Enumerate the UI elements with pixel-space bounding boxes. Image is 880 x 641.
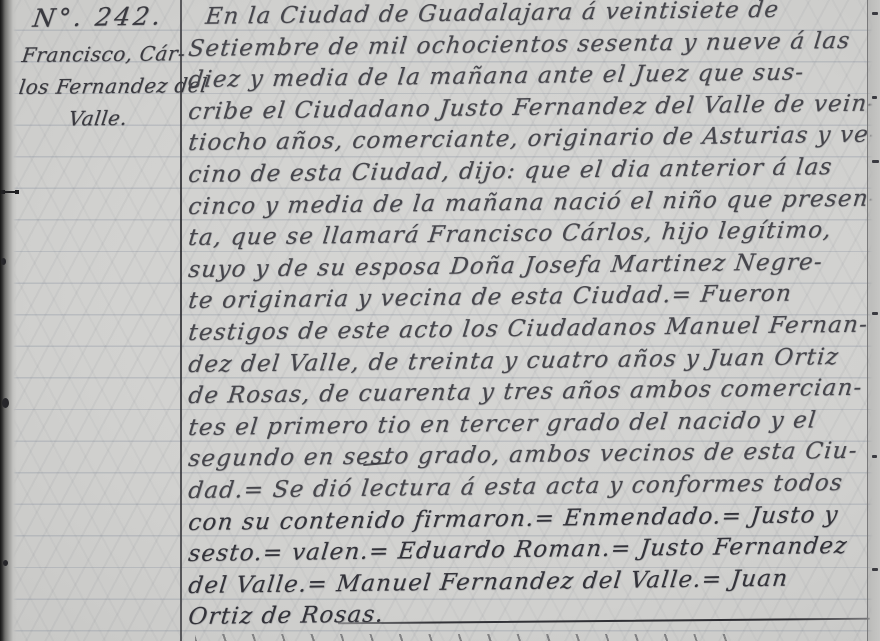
registry-page: N°. 242. Francisco, Cár- los Fernandez d… — [0, 0, 880, 641]
margin-tick-mark — [1, 191, 19, 193]
edge-ink-speck — [872, 96, 877, 99]
margin-name-line: los Fernandez del — [16, 69, 180, 103]
record-number: N°. 242. — [16, 1, 181, 33]
manuscript-line: Ortiz de Rosas. — [187, 594, 880, 634]
binding-stain — [2, 398, 9, 408]
edge-ink-speck — [872, 12, 878, 15]
edge-ink-speck — [872, 568, 878, 571]
adjacent-page-edge — [867, 0, 880, 641]
binding-stain — [3, 560, 8, 566]
binding-stain — [1, 258, 6, 265]
entry-text-column: En la Ciudad de Guadalajara á veintisiet… — [188, 2, 878, 634]
margin-column: N°. 242. Francisco, Cár- los Fernandez d… — [18, 0, 178, 135]
binding-edge — [0, 0, 17, 641]
edge-ink-speck — [872, 160, 879, 163]
edge-ink-speck — [872, 312, 878, 315]
margin-name-line: Francisco, Cár- — [16, 37, 180, 71]
margin-name-line: Valle. — [16, 101, 180, 135]
next-entry-partial-text — [195, 634, 735, 641]
edge-ink-speck — [872, 455, 877, 458]
